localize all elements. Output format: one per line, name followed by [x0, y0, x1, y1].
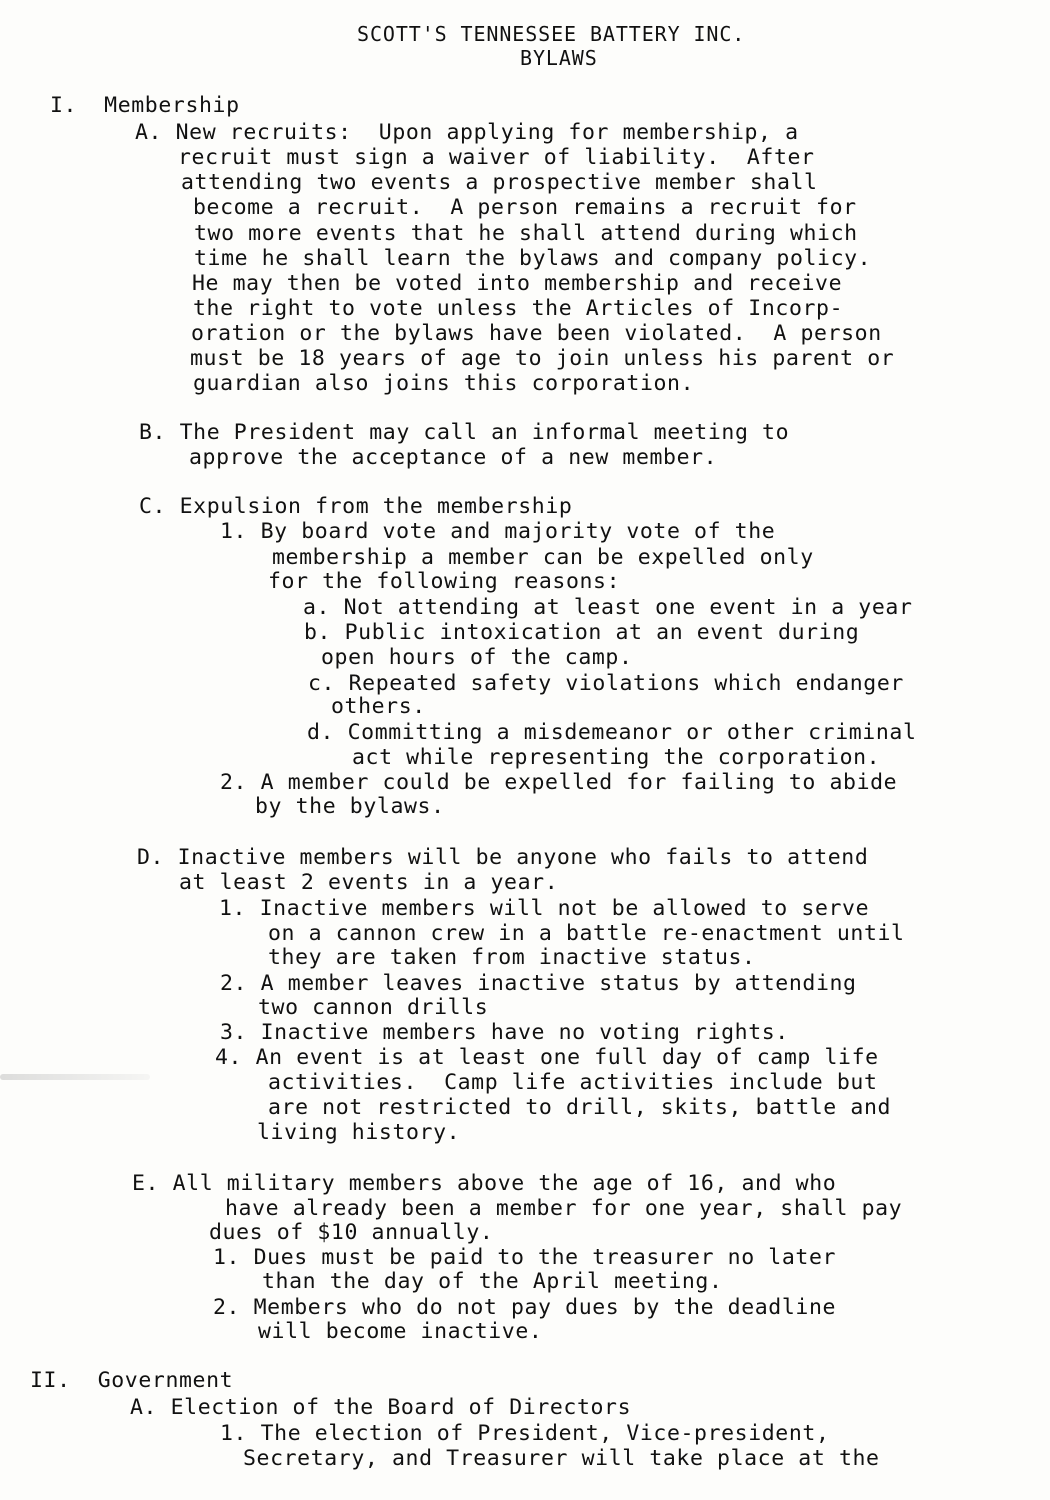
- clause-d3-line: 3. Inactive members have no voting right…: [220, 1021, 789, 1045]
- clause-c1d-line: d. Committing a misdemeanor or other cri…: [307, 721, 916, 745]
- clause-d2-line: 2. A member leaves inactive status by at…: [220, 972, 857, 996]
- clause-d1-line: on a cannon crew in a battle re-enactmen…: [268, 922, 905, 946]
- bylaws-page: SCOTT'S TENNESSEE BATTERY INC. BYLAWS I.…: [0, 0, 1050, 1500]
- clause-d4-line: activities. Camp life activities include…: [268, 1071, 877, 1095]
- section-heading-membership: I. Membership: [50, 94, 240, 118]
- clause-c1-line: membership a member can be expelled only: [272, 546, 814, 570]
- clause-c1-line: for the following reasons:: [268, 570, 620, 594]
- document-title: BYLAWS: [520, 46, 598, 70]
- clause-a-line: the right to vote unless the Articles of…: [193, 297, 843, 321]
- document-org-title: SCOTT'S TENNESSEE BATTERY INC.: [357, 22, 745, 46]
- clause-d1-line: 1. Inactive members will not be allowed …: [219, 897, 869, 921]
- scan-smudge: [0, 1074, 150, 1080]
- clause-d-line: at least 2 events in a year.: [179, 871, 558, 895]
- clause-a-line: attending two events a prospective membe…: [181, 171, 818, 195]
- clause-d4-line: living history.: [257, 1121, 460, 1145]
- clause-e2-line: 2. Members who do not pay dues by the de…: [213, 1296, 836, 1320]
- section-heading-government: II. Government: [30, 1369, 233, 1393]
- clause-b-line: B. The President may call an informal me…: [139, 421, 789, 445]
- clause-a-line: guardian also joins this corporation.: [193, 372, 694, 396]
- clause-d-line: D. Inactive members will be anyone who f…: [137, 846, 868, 870]
- clause-e2-line: will become inactive.: [258, 1320, 542, 1344]
- clause-ii-a1-line: Secretary, and Treasurer will take place…: [243, 1447, 880, 1471]
- clause-e1-line: 1. Dues must be paid to the treasurer no…: [213, 1246, 836, 1270]
- clause-a-line: recruit must sign a waiver of liability.…: [178, 146, 815, 170]
- clause-d2-line: two cannon drills: [258, 996, 488, 1020]
- clause-c1b-line: open hours of the camp.: [321, 646, 633, 670]
- clause-d4-line: 4. An event is at least one full day of …: [215, 1046, 879, 1070]
- clause-a-line: must be 18 years of age to join unless h…: [190, 347, 894, 371]
- clause-c1b-line: b. Public intoxication at an event durin…: [304, 621, 859, 645]
- clause-ii-a1-line: 1. The election of President, Vice-presi…: [220, 1422, 829, 1446]
- clause-a-line: He may then be voted into membership and…: [192, 272, 842, 296]
- clause-e-line: E. All military members above the age of…: [132, 1172, 836, 1196]
- clause-a-line: two more events that he shall attend dur…: [194, 222, 858, 246]
- clause-d4-line: are not restricted to drill, skits, batt…: [268, 1096, 891, 1120]
- clause-b-line: approve the acceptance of a new member.: [189, 446, 717, 470]
- clause-c1c-line: others.: [331, 695, 426, 719]
- clause-e-line: have already been a member for one year,…: [225, 1197, 902, 1221]
- clause-a-line: A. New recruits: Upon applying for membe…: [135, 121, 799, 145]
- clause-a-line: oration or the bylaws have been violated…: [191, 322, 882, 346]
- clause-c1d-line: act while representing the corporation.: [352, 746, 880, 770]
- clause-ii-a-heading: A. Election of the Board of Directors: [130, 1396, 631, 1420]
- clause-c2-line: 2. A member could be expelled for failin…: [220, 771, 897, 795]
- clause-d1-line: they are taken from inactive status.: [268, 946, 756, 970]
- clause-e1-line: than the day of the April meeting.: [262, 1270, 723, 1294]
- clause-c1c-line: c. Repeated safety violations which enda…: [308, 672, 904, 696]
- clause-e-line: dues of $10 annually.: [209, 1221, 493, 1245]
- clause-c1a-line: a. Not attending at least one event in a…: [303, 596, 912, 620]
- clause-c-heading: C. Expulsion from the membership: [139, 495, 572, 519]
- clause-c1-line: 1. By board vote and majority vote of th…: [220, 520, 775, 544]
- clause-a-line: become a recruit. A person remains a rec…: [193, 196, 857, 220]
- clause-c2-line: by the bylaws.: [255, 795, 445, 819]
- clause-a-line: time he shall learn the bylaws and compa…: [194, 247, 871, 271]
